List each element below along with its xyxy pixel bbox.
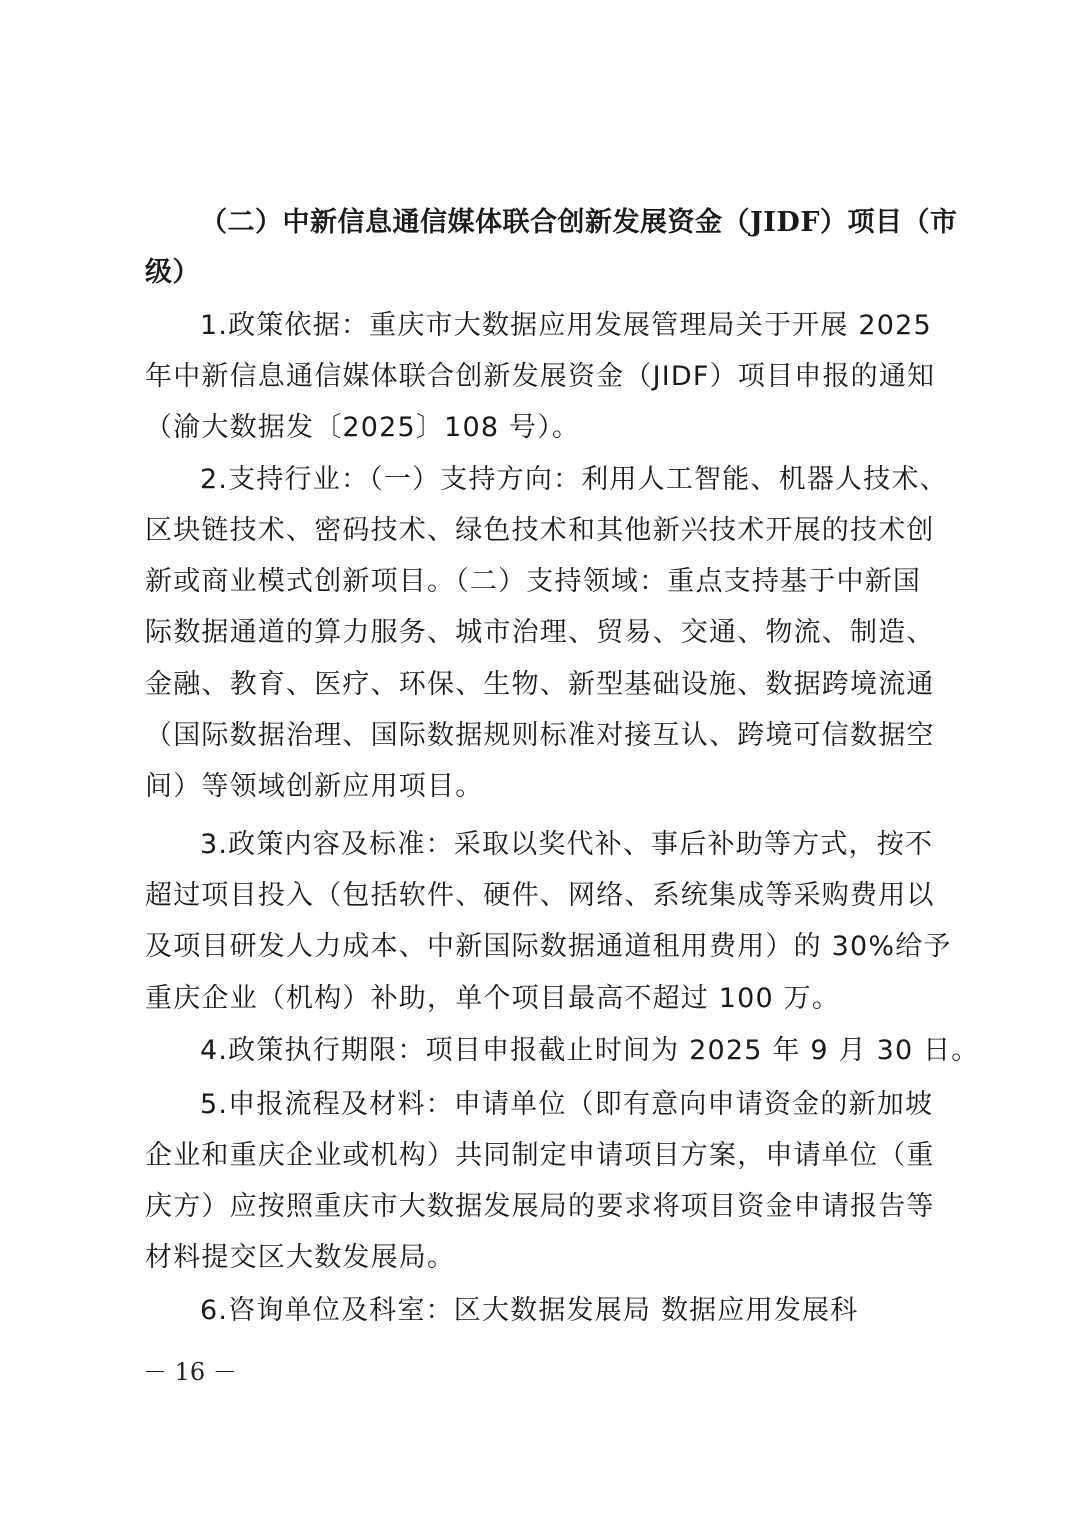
application-process-line-1: 5.申报流程及材料：申请单位（即有意向申请资金的新加坡: [200, 1085, 1000, 1125]
section-heading-line-2: 级）: [145, 253, 945, 293]
supported-industries-line-7: 间）等领域创新应用项目。: [145, 767, 945, 807]
supported-industries-line-4: 际数据通道的算力服务、城市治理、贸易、交通、物流、制造、: [145, 613, 945, 653]
policy-content-line-3: 及项目研发人力成本、中新国际数据通道租用费用）的 30%给予: [145, 927, 945, 967]
consulting-unit-line: 6.咨询单位及科室：区大数据发展局 数据应用发展科: [200, 1291, 1000, 1331]
supported-industries-line-1: 2.支持行业：（一）支持方向：利用人工智能、机器人技术、: [200, 460, 1000, 500]
supported-industries-line-6: （国际数据治理、国际数据规则标准对接互认、跨境可信数据空: [145, 716, 945, 756]
application-process-line-2: 企业和重庆企业或机构）共同制定申请项目方案，申请单位（重: [145, 1136, 945, 1176]
supported-industries-line-5: 金融、教育、医疗、环保、生物、新型基础设施、数据跨境流通: [145, 665, 945, 705]
policy-content-line-2: 超过项目投入（包括软件、硬件、网络、系统集成等采购费用以: [145, 876, 945, 916]
policy-basis-line-2: 年中新信息通信媒体联合创新发展资金（JIDF）项目申报的通知: [145, 357, 945, 397]
section-heading-line-1: （二）中新信息通信媒体联合创新发展资金（JIDF）项目（市: [200, 203, 1000, 243]
supported-industries-line-2: 区块链技术、密码技术、绿色技术和其他新兴技术开展的技术创: [145, 511, 945, 551]
document-page: （二）中新信息通信媒体联合创新发展资金（JIDF）项目（市 级） 1.政策依据：…: [0, 0, 1074, 1520]
application-process-line-4: 材料提交区大数发展局。: [145, 1238, 945, 1278]
policy-basis-line-3: （渝大数据发〔2025〕108 号）。: [145, 408, 945, 448]
policy-content-line-4: 重庆企业（机构）补助，单个项目最高不超过 100 万。: [145, 979, 945, 1019]
policy-basis-line-1: 1.政策依据：重庆市大数据应用发展管理局关于开展 2025: [200, 306, 1000, 346]
application-process-line-3: 庆方）应按照重庆市大数据发展局的要求将项目资金申请报告等: [145, 1187, 945, 1227]
policy-period-line: 4.政策执行期限：项目申报截止时间为 2025 年 9 月 30 日。: [200, 1031, 1000, 1071]
page-number: － 16 －: [143, 1352, 237, 1387]
supported-industries-line-3: 新或商业模式创新项目。（二）支持领域：重点支持基于中新国: [145, 562, 945, 602]
policy-content-line-1: 3.政策内容及标准：采取以奖代补、事后补助等方式，按不: [200, 825, 1000, 865]
